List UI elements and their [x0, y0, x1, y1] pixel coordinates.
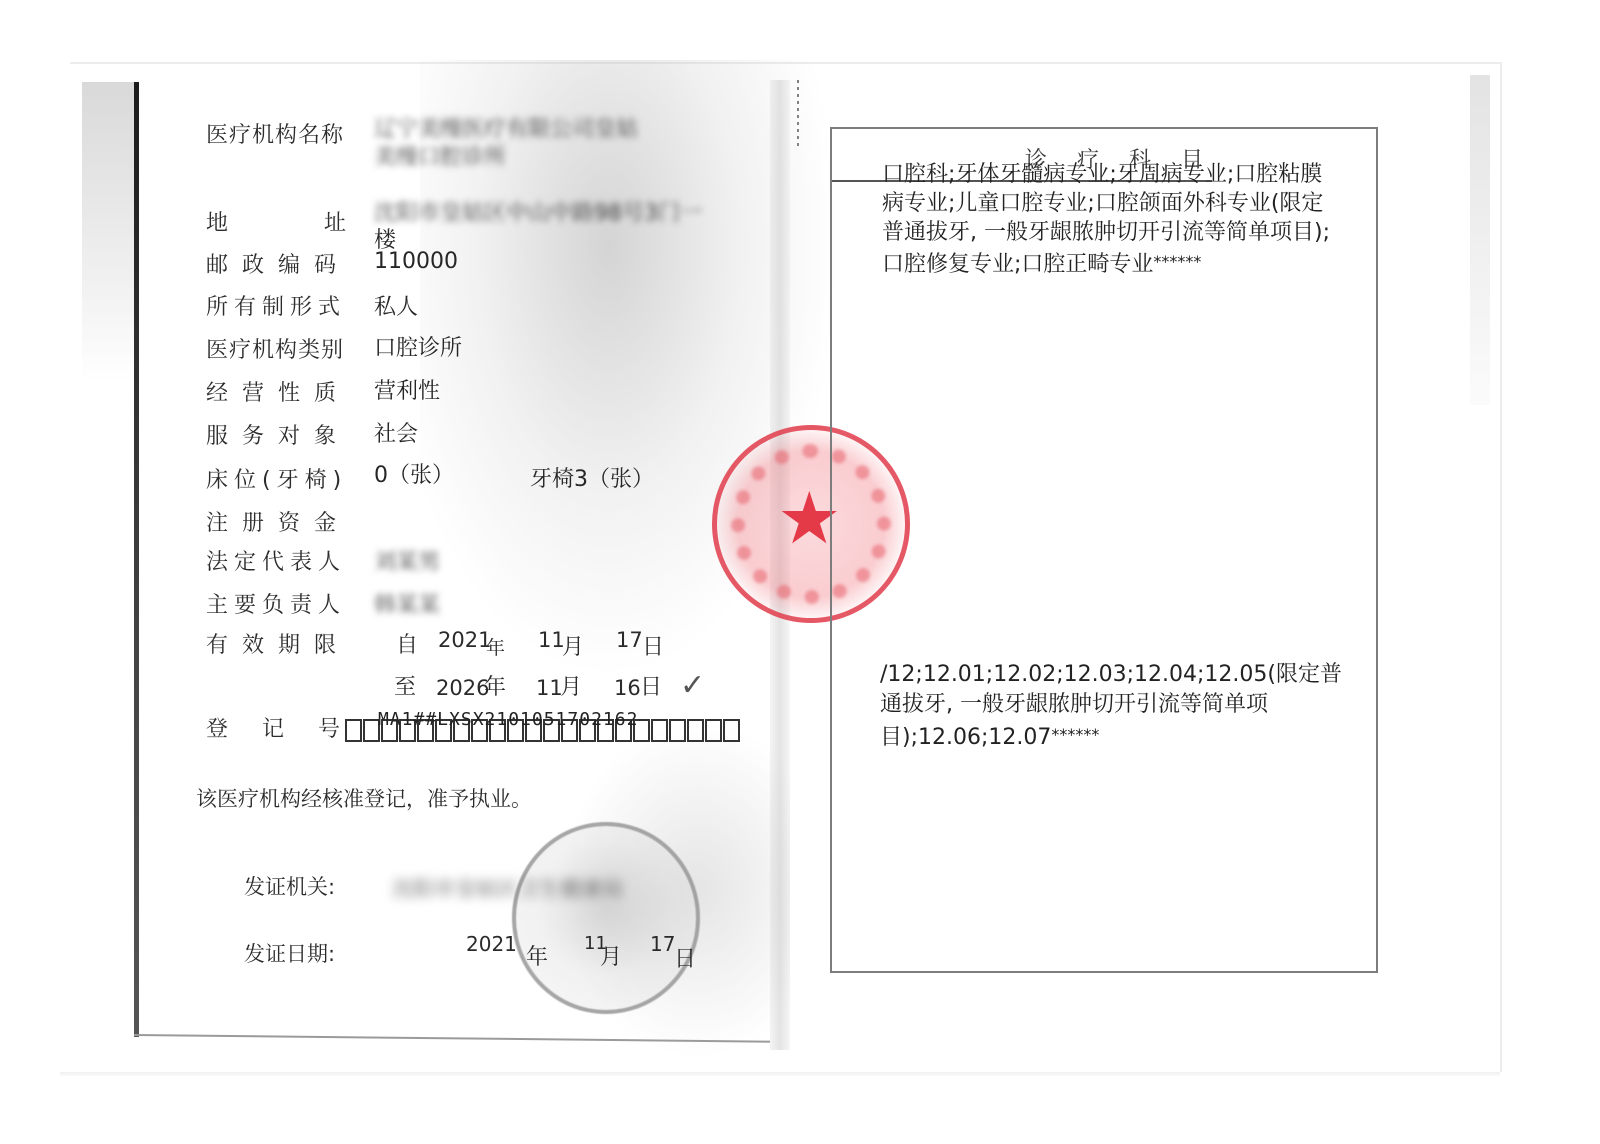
left-border-line — [134, 82, 139, 1037]
institution-name-line2: 美缦口腔诊所 — [374, 140, 506, 171]
scope-code-line: 通拔牙, 一般牙龈脓肿切开引流等简单项 — [880, 690, 1400, 720]
legal-representative: 刘某男 — [374, 545, 440, 576]
approval-statement: 该医疗机构经核准登记，准予执业。 — [196, 785, 532, 813]
scope-line: 普通拔牙, 一般牙龈脓肿切开引流等简单项目); — [882, 218, 1412, 247]
scope-codes: /12;12.01;12.02;12.03;12.04;12.05(限定普 通拔… — [880, 660, 1400, 753]
label-business-nature: 经营性质 — [206, 376, 350, 407]
label-institution-type: 医疗机构类别 — [206, 333, 344, 364]
label-ownership: 所有制形式 — [206, 290, 346, 321]
address-line1: 沈阳市皇姑区中山中路98号3门一 — [374, 196, 702, 227]
label-validity: 有效期限 — [206, 628, 350, 659]
label-service-target: 服务对象 — [206, 419, 350, 450]
scan-shadow — [82, 82, 136, 382]
registration-box — [705, 719, 722, 742]
checkmark-icon: ✓ — [680, 668, 705, 703]
registration-box — [669, 719, 686, 742]
sheet-top-edge — [70, 62, 1500, 64]
registration-box — [651, 719, 668, 742]
beds: 0（张） — [374, 458, 454, 489]
perforation-dots — [797, 80, 799, 150]
postal-code: 110000 — [374, 249, 458, 274]
label-institution-name: 医疗机构名称 — [206, 118, 344, 149]
label-principal: 主要负责人 — [206, 588, 346, 619]
registration-box — [723, 719, 740, 742]
scan-shadow-right — [1470, 75, 1490, 405]
scope-list: 口腔科;牙体牙髓病专业;牙周病专业;口腔粘膜 病专业;儿童口腔专业;口腔颌面外科… — [882, 160, 1412, 279]
scope-code-line: 目);12.06;12.07****** — [880, 720, 1400, 753]
label-issuer: 发证机关: — [244, 873, 335, 901]
label-registered-capital: 注册资金 — [206, 506, 350, 537]
registration-box — [687, 719, 704, 742]
principal: 韩某某 — [374, 588, 440, 619]
registration-number: MA1##LXSX2101051702162 — [378, 709, 638, 730]
right-edge — [1500, 62, 1502, 1072]
business-nature: 营利性 — [374, 374, 440, 405]
ownership: 私人 — [374, 290, 418, 321]
institution-type: 口腔诊所 — [374, 331, 462, 362]
label-issue-date: 发证日期: — [244, 940, 335, 968]
scope-line: 口腔修复专业;口腔正畸专业****** — [882, 247, 1412, 279]
scope-line: 病专业;儿童口腔专业;口腔颌面外科专业(限定 — [882, 189, 1412, 218]
service-target: 社会 — [374, 417, 418, 448]
label-legal-rep: 法定代表人 — [206, 545, 346, 576]
label-postal-code: 邮政编码 — [206, 248, 350, 279]
dental-chairs: 牙椅3（张） — [530, 462, 654, 493]
scope-code-line: /12;12.01;12.02;12.03;12.04;12.05(限定普 — [880, 660, 1400, 690]
sheet-bottom-edge — [60, 1072, 1500, 1076]
registration-box — [345, 719, 362, 742]
official-seal-gray — [512, 822, 700, 1014]
issuer: 沈阳市皇姑区卫生健康局 — [392, 875, 623, 903]
institution-name-line1: 辽宁美缦医疗有限公司皇姑 — [374, 112, 638, 143]
scope-line: 口腔科;牙体牙髓病专业;牙周病专业;口腔粘膜 — [882, 160, 1412, 189]
label-beds: 床位(牙椅) — [206, 463, 347, 494]
